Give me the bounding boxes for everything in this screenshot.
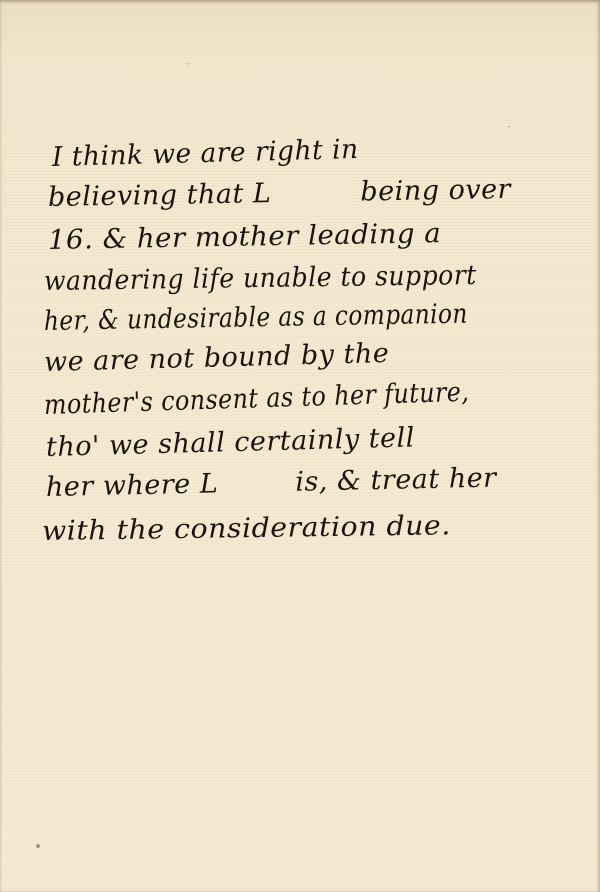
paper-spot (187, 63, 189, 65)
letter-line-3: 16. & her mother leading a (48, 218, 442, 256)
redaction-box (218, 468, 287, 499)
letter-line-9: her where L is, & treat her (46, 463, 497, 504)
letter-line-2: believing that L being over (48, 174, 511, 214)
letter-line-5: her, & undesirable as a companion (44, 299, 468, 337)
paper-spot (36, 844, 40, 848)
letter-line-10: with the consideration due. (42, 510, 451, 547)
line-2-before: believing that L (48, 178, 272, 213)
line-2-after: being over (360, 174, 511, 208)
letter-page: I think we are right in believing that L… (0, 0, 600, 892)
letter-line-6: we are not bound by the (44, 338, 390, 378)
line-9-after: is, & treat her (295, 463, 497, 498)
letter-line-8: tho' we shall certainly tell (46, 422, 416, 463)
letter-line-4: wandering life unable to support (44, 260, 477, 297)
letter-line-7: mother's consent as to her future, (44, 377, 470, 421)
line-9-before: her where L (46, 468, 219, 503)
paper-spot (508, 126, 510, 128)
letter-line-1: I think we are right in (52, 134, 359, 173)
redaction-box (271, 178, 352, 209)
